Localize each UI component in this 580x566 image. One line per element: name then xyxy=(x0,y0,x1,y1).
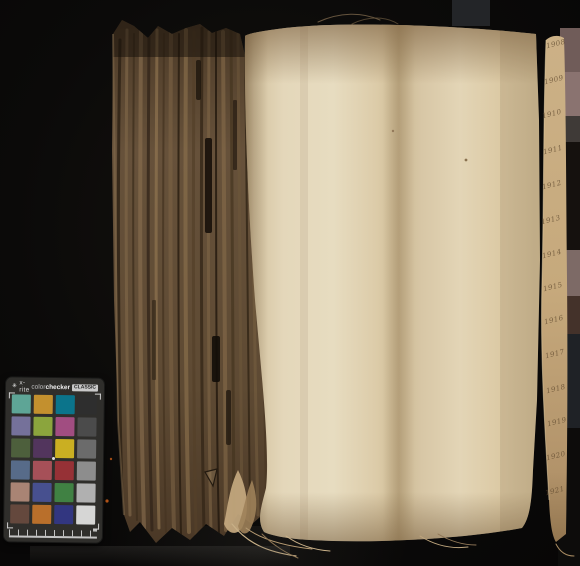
photo-stage: 1908 1909 1910 1911 1912 1913 1914 1915 … xyxy=(0,0,580,566)
fore-edge-strip xyxy=(542,36,568,542)
product-label-regular: color xyxy=(31,383,45,390)
crop-mark-icon xyxy=(7,522,13,528)
product-label-bold: checker xyxy=(45,383,70,390)
brand-label: x-rite xyxy=(19,380,31,394)
color-patch xyxy=(77,417,96,436)
center-registration-dot xyxy=(52,457,55,460)
colorchecker-header: ✳ x-rite colorchecker CLASSIC xyxy=(12,380,98,393)
table-reflection xyxy=(30,546,290,566)
color-patch xyxy=(76,483,95,502)
crop-mark-icon xyxy=(9,392,15,398)
color-patch xyxy=(56,395,75,414)
color-patch xyxy=(10,504,29,523)
color-patch xyxy=(11,438,30,457)
xrite-logo-icon: ✳ xyxy=(12,383,17,389)
color-patch xyxy=(77,439,96,458)
crop-mark-icon xyxy=(95,394,101,400)
color-patch xyxy=(32,505,51,524)
color-patch xyxy=(34,395,53,414)
color-patch xyxy=(55,439,74,458)
color-patch xyxy=(33,461,52,480)
color-patch xyxy=(11,416,30,435)
color-patch xyxy=(55,461,74,480)
background-clamp xyxy=(452,0,490,26)
color-patch xyxy=(76,505,95,524)
colorchecker-wordmark: colorchecker CLASSIC xyxy=(31,383,98,391)
ruler-end-mark xyxy=(93,529,97,532)
classic-badge: CLASSIC xyxy=(72,384,98,391)
color-patch xyxy=(77,461,96,480)
ember-specks xyxy=(105,458,112,503)
color-patch xyxy=(32,483,51,502)
color-patch xyxy=(10,482,29,501)
color-patch xyxy=(54,483,73,502)
blank-page xyxy=(243,24,543,544)
colorchecker-card: ✳ x-rite colorchecker CLASSIC xyxy=(4,377,104,542)
color-patch xyxy=(33,417,52,436)
ruler-scale xyxy=(9,529,97,538)
color-patch xyxy=(55,417,74,436)
color-patch xyxy=(11,460,30,479)
color-patch xyxy=(33,439,52,458)
color-patch xyxy=(54,505,73,524)
